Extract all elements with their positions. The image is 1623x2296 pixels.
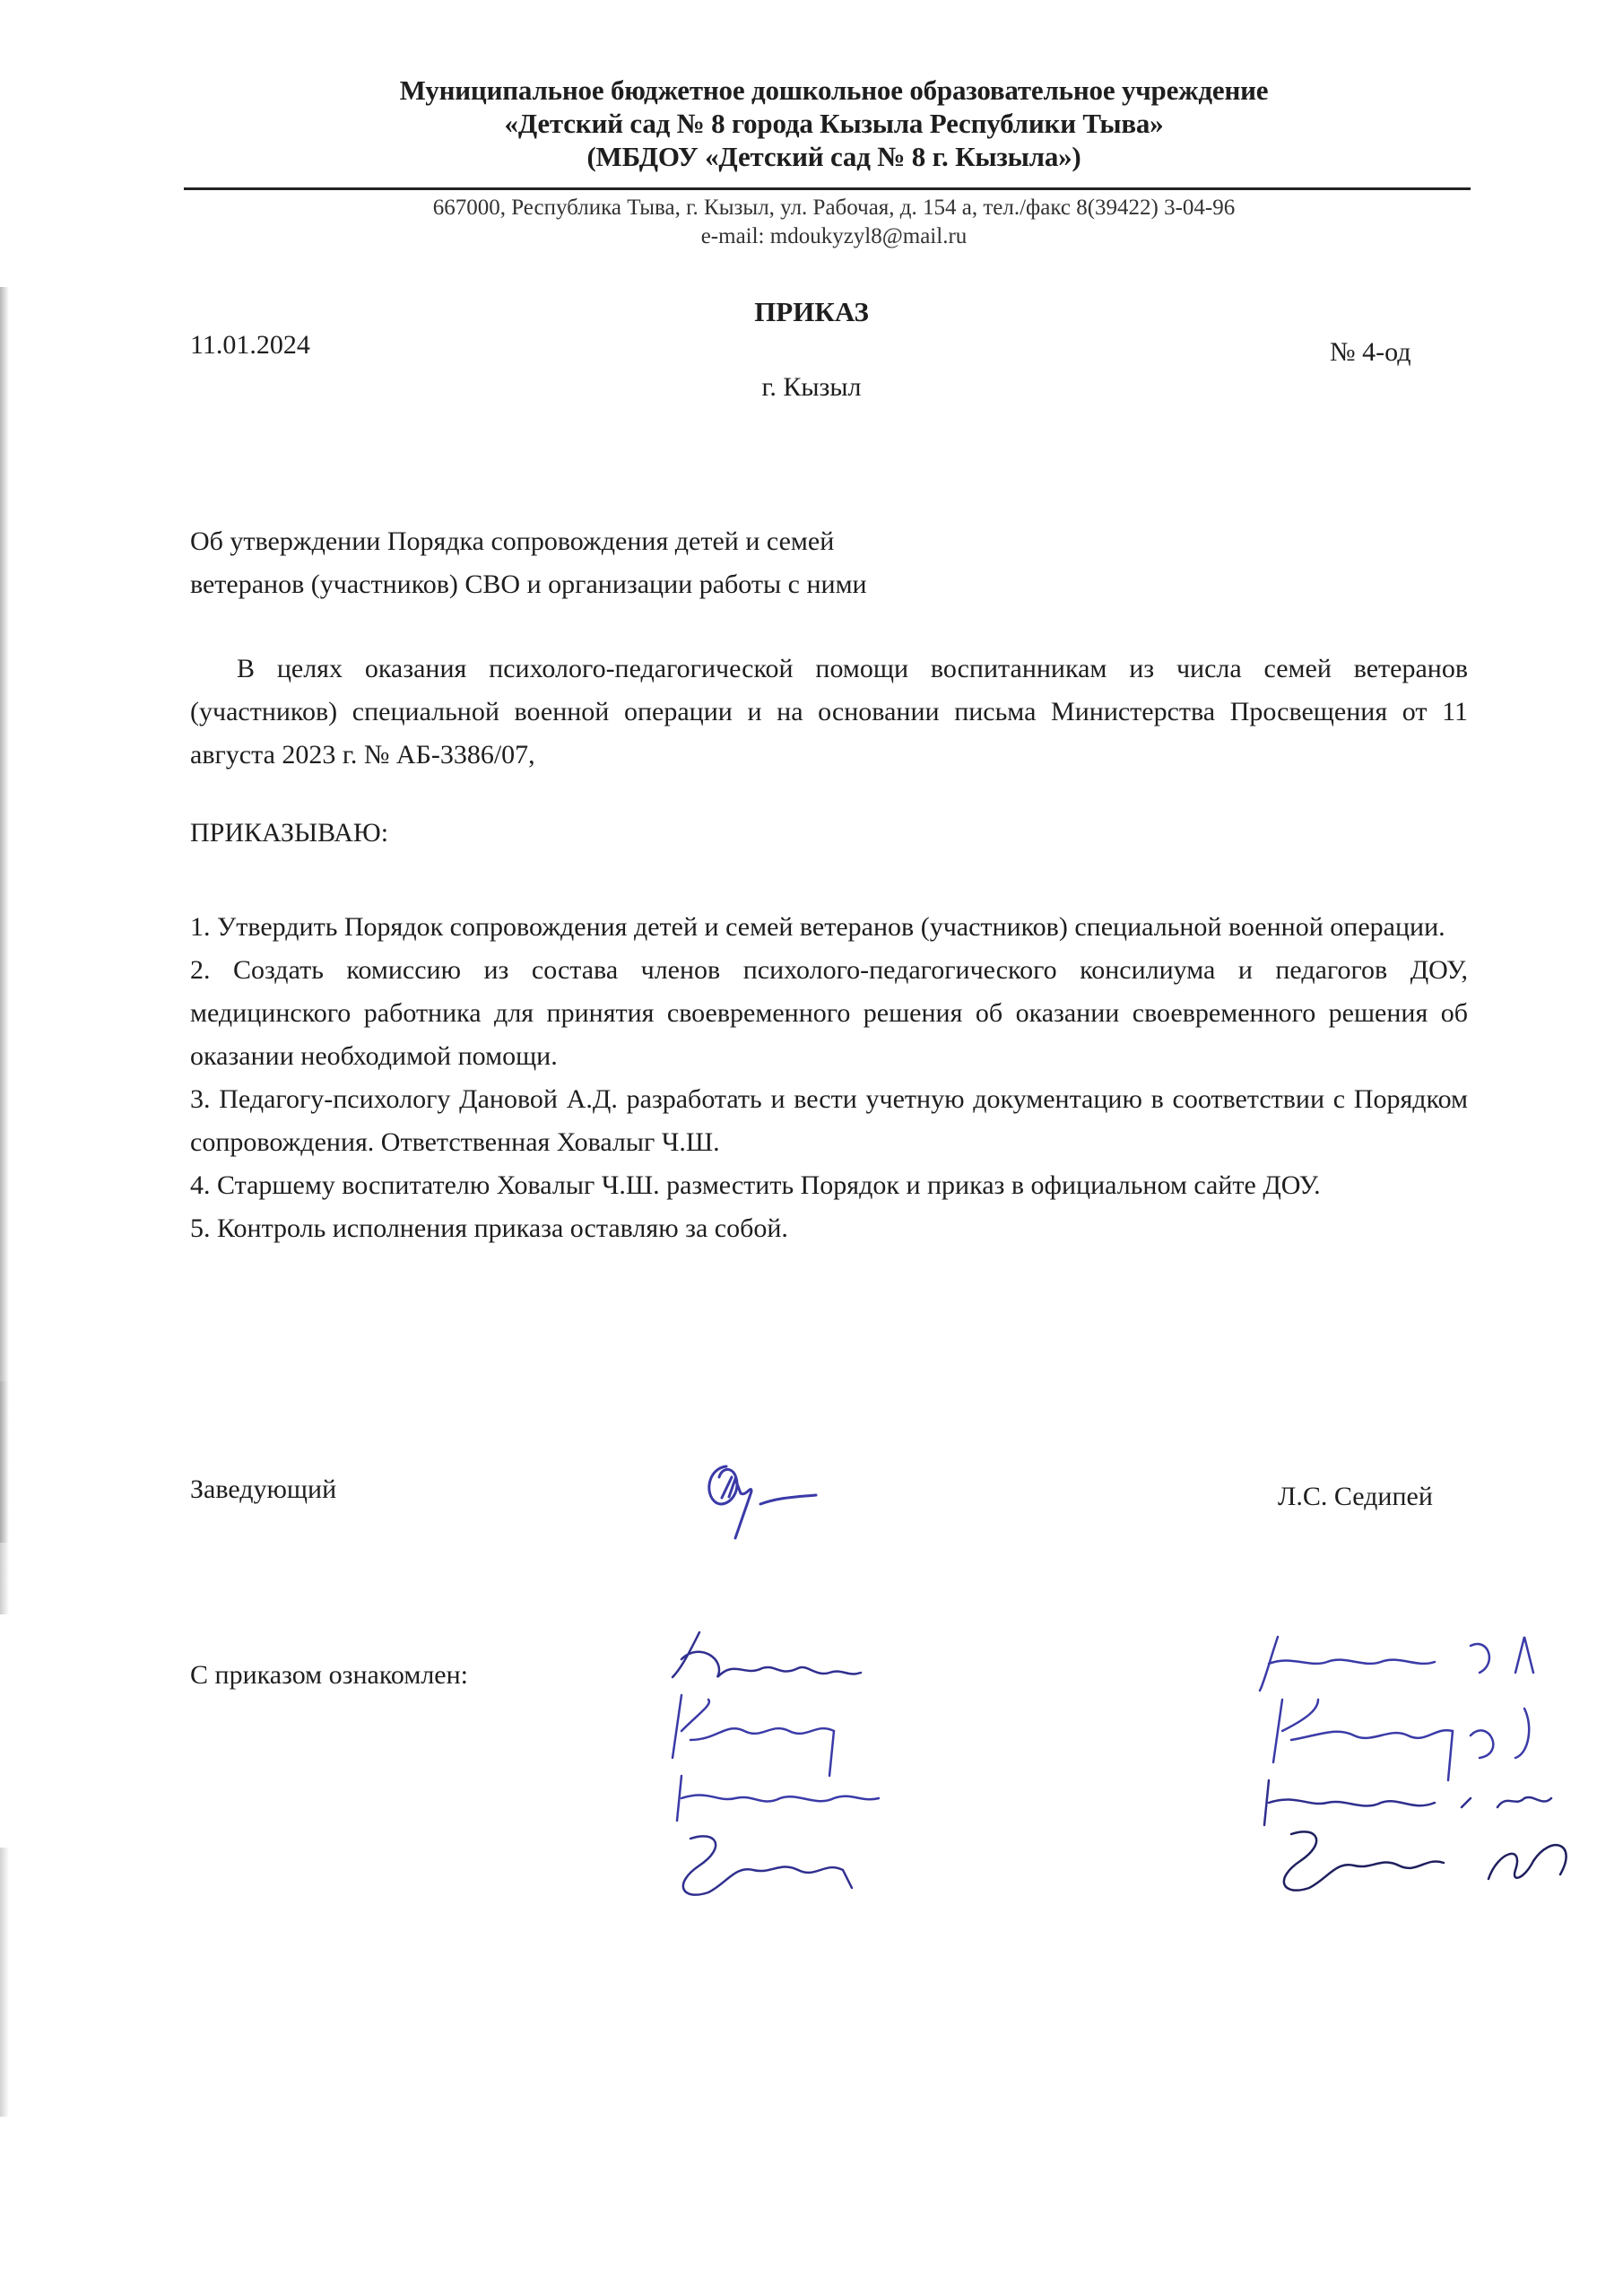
order-item: 3. Педагогу-психологу Дановой А.Д. разра… [190,1078,1468,1164]
document-date: 11.01.2024 [190,330,310,361]
order-item: 5. Контроль исполнения приказа оставляю … [190,1207,1468,1250]
order-item: 2. Создать комиссию из состава членов пс… [190,949,1468,1078]
signatory-name: Л.С. Седипей [1278,1482,1433,1512]
scan-edge-shadow [0,1381,9,1614]
document-city: г. Кызыл [0,372,1623,403]
org-address: 667000, Республика Тыва, г. Кызыл, ул. Р… [179,194,1488,222]
head-signature-icon [699,1457,834,1547]
document-subject: Об утверждении Порядка сопровождения дет… [190,520,867,606]
preamble-paragraph: В целях оказания психолого-педагогическо… [190,648,1468,777]
org-name-line-2: «Детский сад № 8 города Кызыла Республик… [179,107,1488,140]
subject-line-2: ветеранов (участников) СВО и организации… [190,563,867,606]
letterhead-contacts: 667000, Республика Тыва, г. Кызыл, ул. Р… [179,194,1488,251]
letterhead-organization: Муниципальное бюджетное дошкольное образ… [179,74,1488,173]
document-title: ПРИКАЗ [0,296,1623,328]
order-item: 4. Старшему воспитателю Ховалыг Ч.Ш. раз… [190,1164,1468,1207]
order-items-list: 1. Утвердить Порядок сопровождения детей… [190,906,1468,1250]
order-item: 1. Утвердить Порядок сопровождения детей… [190,906,1468,949]
org-name-line-1: Муниципальное бюджетное дошкольное образ… [179,74,1488,107]
acknowledgement-signatures-right-icon [1255,1628,1596,1897]
letterhead-divider [184,187,1471,190]
acknowledgement-label: С приказом ознакомлен: [190,1660,468,1691]
order-directive: ПРИКАЗЫВАЮ: [190,818,388,848]
scan-edge-shadow [0,1848,9,2117]
document-number: № 4-од [1330,337,1411,368]
org-email: e-mail: mdoukyzyl8@mail.ru [179,222,1488,251]
subject-line-1: Об утверждении Порядка сопровождения дет… [190,520,867,563]
acknowledgement-signatures-left-icon [664,1623,950,1910]
scan-edge-shadow [0,287,9,1543]
org-name-line-3: (МБДОУ «Детский сад № 8 г. Кызыла») [179,140,1488,173]
signatory-position: Заведующий [190,1474,336,1505]
